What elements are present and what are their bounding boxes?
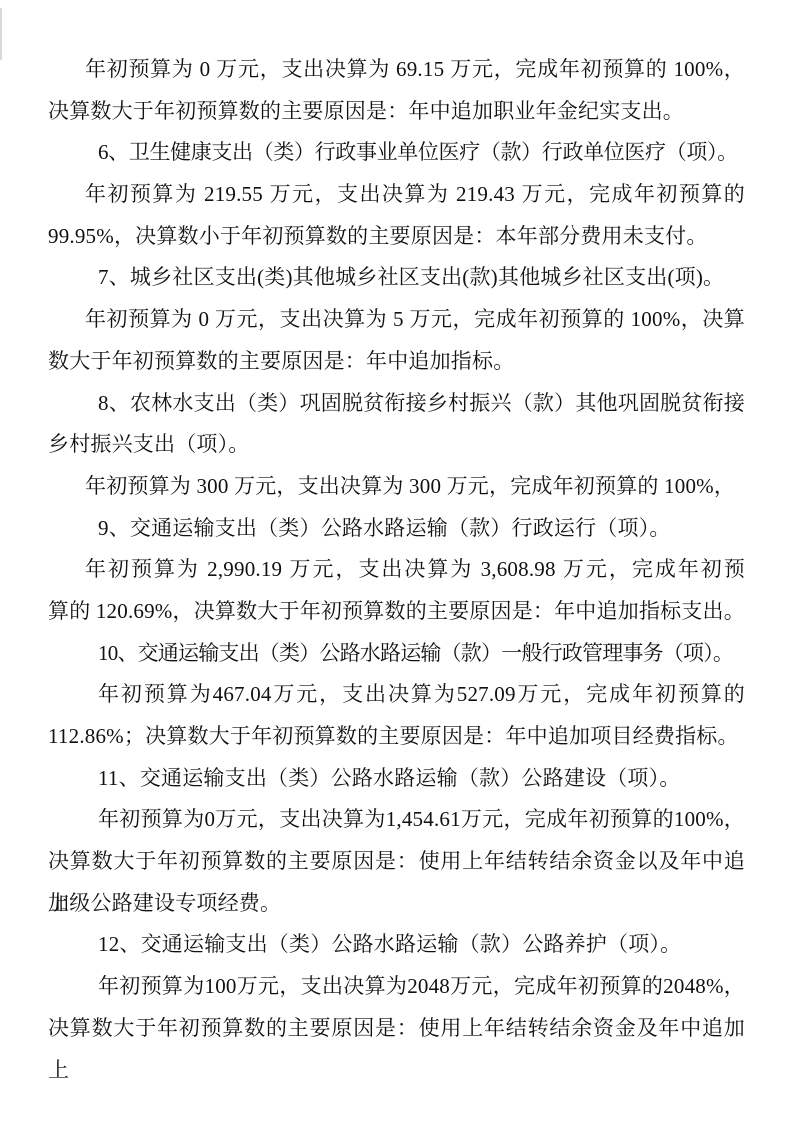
heading-line: 6、卫生健康支出（类）行政事业单位医疗（款）行政单位医疗（项）。 [48,132,745,174]
document-page: 年初预算为 0 万元，支出决算为 69.15 万元，完成年初预算的 100%， … [0,0,793,1122]
body-line: 年初预算为0万元，支出决算为1,454.61万元，完成年初预算的100%， [48,799,745,841]
body-line: 数大于年初预算数的主要原因是：年中追加指标。 [48,341,745,383]
body-line: 年初预算为100万元，支出决算为2048万元，完成年初预算的2048%， [48,966,745,1008]
body-line: 年初预算为467.04万元，支出决算为527.09万元，完成年初预算的 [48,674,745,716]
heading-line: 11、交通运输支出（类）公路水路运输（款）公路建设（项）。 [48,758,745,800]
heading-line: 12、交通运输支出（类）公路水路运输（款）公路养护（项）。 [48,924,745,966]
scan-edge-artifact [0,8,2,60]
heading-line: 9、交通运输支出（类）公路水路运输（款）行政运行（项）。 [48,508,745,550]
body-line: 年初预算为 2,990.19 万元，支出决算为 3,608.98 万元，完成年初… [48,549,745,591]
body-line: 112.86%；决算数大于年初预算数的主要原因是：年中追加项目经费指标。 [48,716,745,758]
body-line: 决算数大于年初预算数的主要原因是：年中追加职业年金纪实支出。 [48,91,745,133]
document-body: 年初预算为 0 万元，支出决算为 69.15 万元，完成年初预算的 100%， … [48,49,745,1050]
body-line: 算的 120.69%，决算数大于年初预算数的主要原因是：年中追加指标支出。 [48,591,745,633]
body-line: 年初预算为 219.55 万元，支出决算为 219.43 万元，完成年初预算的 [48,174,745,216]
heading-line: 10、交通运输支出（类）公路水路运输（款）一般行政管理事务（项）。 [48,633,745,675]
heading-line: 7、城乡社区支出(类)其他城乡社区支出(款)其他城乡社区支出(项)。 [48,257,745,299]
body-line: 年初预算为 300 万元，支出决算为 300 万元，完成年初预算的 100%， [48,466,745,508]
body-line: 99.95%，决算数小于年初预算数的主要原因是：本年部分费用未支付。 [48,216,745,258]
body-line: 年初预算为 0 万元，支出决算为 69.15 万元，完成年初预算的 100%， [48,49,745,91]
body-line: 决算数大于年初预算数的主要原因是：使用上年结转结余资金以及年中追加 [48,841,745,883]
heading-line: 8、农林水支出（类）巩固脱贫衔接乡村振兴（款）其他巩固脱贫衔接 [48,383,745,425]
body-line: 年初预算为 0 万元，支出决算为 5 万元，完成年初预算的 100%，决算 [48,299,745,341]
body-line: 上级公路建设专项经费。 [48,883,745,925]
heading-line: 乡村振兴支出（项）。 [48,424,745,466]
body-line: 决算数大于年初预算数的主要原因是：使用上年结转结余资金及年中追加上 [48,1008,745,1050]
